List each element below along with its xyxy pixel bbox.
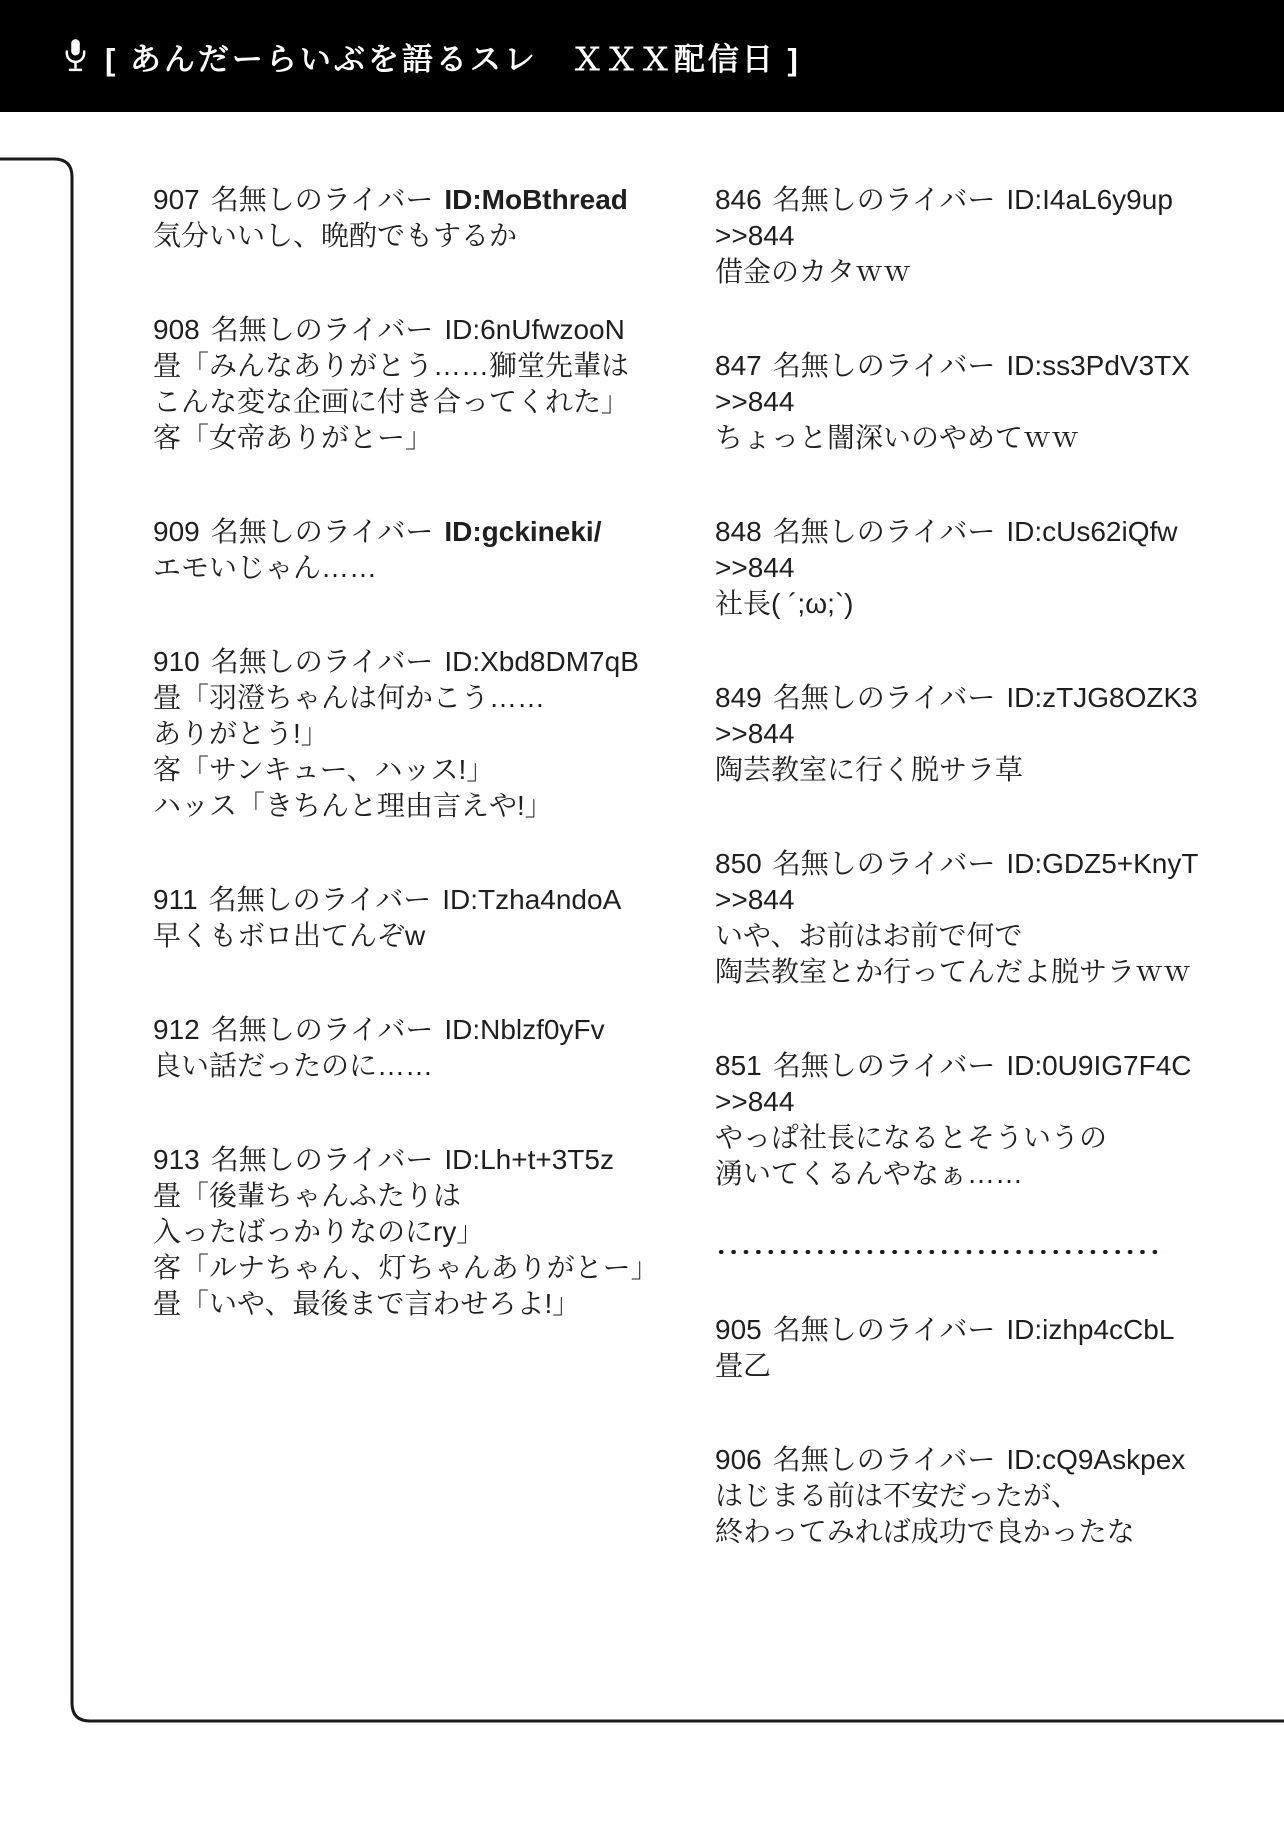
post-913: 913名無しのライバーID:Lh+t+3T5z畳「後輩ちゃんふたりは入ったばっか… (153, 1142, 715, 1322)
post-number: 910 (153, 646, 200, 677)
dotted-separator (715, 1250, 1165, 1254)
post-line: 早くもボロ出てんぞw (153, 918, 715, 954)
post-905: 905名無しのライバーID:izhp4cCbL畳乙 (715, 1312, 1244, 1384)
post-line: 入ったばっかりなのにry」 (153, 1214, 715, 1250)
post-907: 907名無しのライバーID:MoBthread気分いいし、晩酌でもするか (153, 182, 715, 254)
post-number: 847 (715, 350, 762, 381)
thread-column-right: 846名無しのライバーID:I4aL6y9up>>844借金のカタｗｗ847名無… (715, 182, 1244, 1608)
post-line: 畳乙 (715, 1348, 1244, 1384)
post-number: 909 (153, 516, 200, 547)
post-line: 湧いてくるんやなぁ…… (715, 1156, 1244, 1192)
post-line: >>844 (715, 716, 1244, 752)
post-number: 908 (153, 314, 200, 345)
post-header: 906名無しのライバーID:cQ9Askpex (715, 1442, 1244, 1478)
poster-name: 名無しのライバー (211, 184, 434, 215)
poster-id: ID:0U9IG7F4C (1006, 1050, 1191, 1081)
post-846: 846名無しのライバーID:I4aL6y9up>>844借金のカタｗｗ (715, 182, 1244, 290)
microphone-icon (62, 37, 89, 75)
post-header: 911名無しのライバーID:Tzha4ndoA (153, 882, 715, 918)
post-number: 851 (715, 1050, 762, 1081)
post-906: 906名無しのライバーID:cQ9Askpexはじまる前は不安だったが、終わって… (715, 1442, 1244, 1550)
post-number: 913 (153, 1144, 200, 1175)
post-line: 陶芸教室に行く脱サラ草 (715, 752, 1244, 788)
post-849: 849名無しのライバーID:zTJG8OZK3>>844陶芸教室に行く脱サラ草 (715, 680, 1244, 788)
thread-column-left: 907名無しのライバーID:MoBthread気分いいし、晩酌でもするか908名… (153, 182, 715, 1608)
poster-id: ID:cUs62iQfw (1006, 516, 1177, 547)
poster-name: 名無しのライバー (773, 682, 996, 713)
post-line: 終わってみれば成功で良かったな (715, 1514, 1244, 1550)
post-909: 909名無しのライバーID:gckineki/エモいじゃん…… (153, 514, 715, 586)
post-851: 851名無しのライバーID:0U9IG7F4C>>844やっぱ社長になるとそうい… (715, 1048, 1244, 1192)
post-number: 907 (153, 184, 200, 215)
poster-id: ID:Xbd8DM7qB (444, 646, 639, 677)
post-912: 912名無しのライバーID:Nblzf0yFv良い話だったのに…… (153, 1012, 715, 1084)
poster-id: ID:Nblzf0yFv (444, 1014, 604, 1045)
post-header: 913名無しのライバーID:Lh+t+3T5z (153, 1142, 715, 1178)
post-line: ハッス「きちんと理由言えや!」 (153, 788, 715, 824)
post-line: 良い話だったのに…… (153, 1048, 715, 1084)
post-header: 846名無しのライバーID:I4aL6y9up (715, 182, 1244, 218)
poster-name: 名無しのライバー (773, 350, 996, 381)
post-header: 912名無しのライバーID:Nblzf0yFv (153, 1012, 715, 1048)
post-number: 911 (153, 884, 198, 915)
post-line: ちょっと闇深いのやめてｗｗ (715, 420, 1244, 456)
poster-name: 名無しのライバー (211, 646, 434, 677)
post-line: 社長( ´;ω;`) (715, 586, 1244, 622)
post-line: >>844 (715, 550, 1244, 586)
post-line: 気分いいし、晩酌でもするか (153, 218, 715, 254)
post-848: 848名無しのライバーID:cUs62iQfw>>844社長( ´;ω;`) (715, 514, 1244, 622)
post-line: やっぱ社長になるとそういうの (715, 1120, 1244, 1156)
post-line: エモいじゃん…… (153, 550, 715, 586)
poster-id: ID:6nUfwzooN (444, 314, 625, 345)
post-line: >>844 (715, 218, 1244, 254)
post-number: 850 (715, 848, 762, 879)
post-header: 848名無しのライバーID:cUs62iQfw (715, 514, 1244, 550)
post-number: 848 (715, 516, 762, 547)
post-line: いや、お前はお前で何で (715, 918, 1244, 954)
post-line: はじまる前は不安だったが、 (715, 1478, 1244, 1514)
poster-name: 名無しのライバー (773, 1050, 996, 1081)
post-line: 客「サンキュー、ハッス!」 (153, 752, 715, 788)
poster-id: ID:izhp4cCbL (1006, 1314, 1174, 1345)
post-908: 908名無しのライバーID:6nUfwzooN畳「みんなありがとう……獅堂先輩は… (153, 312, 715, 456)
poster-id: ID:Tzha4ndoA (442, 884, 621, 915)
thread-content: 907名無しのライバーID:MoBthread気分いいし、晩酌でもするか908名… (153, 182, 1244, 1608)
post-line: >>844 (715, 1084, 1244, 1120)
post-number: 905 (715, 1314, 762, 1345)
post-line: >>844 (715, 882, 1244, 918)
post-header: 907名無しのライバーID:MoBthread (153, 182, 715, 218)
post-911: 911名無しのライバーID:Tzha4ndoA早くもボロ出てんぞw (153, 882, 715, 954)
post-line: 客「ルナちゃん、灯ちゃんありがとー」 (153, 1250, 715, 1286)
post-line: 畳「いや、最後まで言わせろよ!」 (153, 1286, 715, 1322)
post-line: ありがとう!」 (153, 716, 715, 752)
poster-id: ID:zTJG8OZK3 (1006, 682, 1197, 713)
page: [ あんだーらいぶを語るスレ ＸＸＸ配信日 ] 907名無しのライバーID:Mo… (0, 0, 1284, 1826)
post-header: 908名無しのライバーID:6nUfwzooN (153, 312, 715, 348)
post-910: 910名無しのライバーID:Xbd8DM7qB畳「羽澄ちゃんは何かこう……ありが… (153, 644, 715, 824)
poster-name: 名無しのライバー (211, 314, 434, 345)
post-number: 906 (715, 1444, 762, 1475)
poster-name: 名無しのライバー (773, 848, 996, 879)
post-line: こんな変な企画に付き合ってくれた」 (153, 384, 715, 420)
post-847: 847名無しのライバーID:ss3PdV3TX>>844ちょっと闇深いのやめてｗ… (715, 348, 1244, 456)
thread-title-bar: [ あんだーらいぶを語るスレ ＸＸＸ配信日 ] (0, 0, 1284, 112)
poster-id: ID:cQ9Askpex (1006, 1444, 1185, 1475)
poster-name: 名無しのライバー (773, 1314, 996, 1345)
poster-name: 名無しのライバー (773, 1444, 996, 1475)
post-line: 借金のカタｗｗ (715, 254, 1244, 290)
post-number: 912 (153, 1014, 200, 1045)
post-line: >>844 (715, 384, 1244, 420)
poster-name: 名無しのライバー (211, 1144, 434, 1175)
post-line: 畳「後輩ちゃんふたりは (153, 1178, 715, 1214)
post-850: 850名無しのライバーID:GDZ5+KnyT>>844いや、お前はお前で何で陶… (715, 846, 1244, 990)
post-line: 客「女帝ありがとー」 (153, 420, 715, 456)
thread-title: [ あんだーらいぶを語るスレ ＸＸＸ配信日 ] (105, 34, 801, 79)
post-header: 850名無しのライバーID:GDZ5+KnyT (715, 846, 1244, 882)
poster-name: 名無しのライバー (773, 516, 996, 547)
poster-id: ID:Lh+t+3T5z (444, 1144, 614, 1175)
poster-id: ID:gckineki/ (444, 516, 601, 547)
post-header: 847名無しのライバーID:ss3PdV3TX (715, 348, 1244, 384)
post-line: 畳「羽澄ちゃんは何かこう…… (153, 680, 715, 716)
poster-id: ID:ss3PdV3TX (1006, 350, 1190, 381)
poster-id: ID:GDZ5+KnyT (1006, 848, 1198, 879)
poster-name: 名無しのライバー (209, 884, 432, 915)
poster-name: 名無しのライバー (211, 1014, 434, 1045)
poster-id: ID:I4aL6y9up (1006, 184, 1173, 215)
poster-name: 名無しのライバー (773, 184, 996, 215)
post-header: 851名無しのライバーID:0U9IG7F4C (715, 1048, 1244, 1084)
post-line: 畳「みんなありがとう……獅堂先輩は (153, 348, 715, 384)
post-number: 849 (715, 682, 762, 713)
post-line: 陶芸教室とか行ってんだよ脱サラｗｗ (715, 954, 1244, 990)
poster-name: 名無しのライバー (211, 516, 434, 547)
poster-id: ID:MoBthread (444, 184, 628, 215)
post-header: 849名無しのライバーID:zTJG8OZK3 (715, 680, 1244, 716)
post-header: 905名無しのライバーID:izhp4cCbL (715, 1312, 1244, 1348)
post-header: 910名無しのライバーID:Xbd8DM7qB (153, 644, 715, 680)
post-header: 909名無しのライバーID:gckineki/ (153, 514, 715, 550)
post-number: 846 (715, 184, 762, 215)
